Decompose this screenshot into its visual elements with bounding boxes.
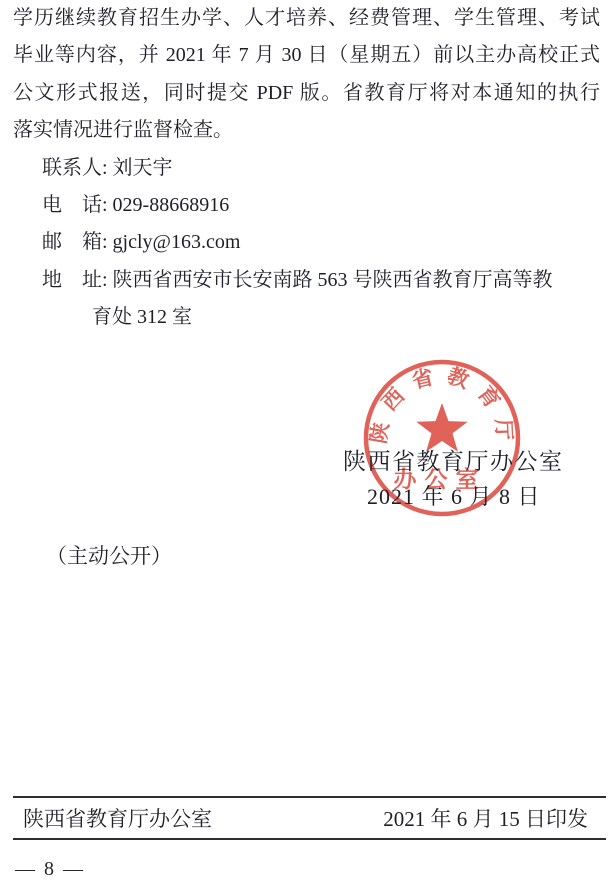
disclosure-note: （主动公开） bbox=[46, 540, 172, 570]
body-line: 学历继续教育招生办学、人才培养、经费管理、学生管理、考试 bbox=[13, 0, 600, 37]
signature-date: 2021 年 6 月 8 日 bbox=[367, 480, 541, 511]
contact-person: 联系人: 刘天宇 bbox=[13, 150, 600, 187]
document-page: 学历继续教育招生办学、人才培养、经费管理、学生管理、考试 毕业等内容，并 202… bbox=[0, 0, 614, 883]
contact-address-line2: 育处 312 室 bbox=[13, 299, 600, 336]
contact-address-line1: 地 址: 陕西省西安市长安南路 563 号陕西省教育厅高等教 bbox=[13, 262, 600, 299]
body-line: 公文形式报送，同时提交 PDF 版。省教育厅将对本通知的执行 bbox=[13, 75, 600, 112]
contact-phone: 电 话: 029-88668916 bbox=[13, 187, 600, 224]
body-text: 学历继续教育招生办学、人才培养、经费管理、学生管理、考试 毕业等内容，并 202… bbox=[13, 0, 600, 337]
contact-email: 邮 箱: gjcly@163.com bbox=[13, 224, 600, 261]
footer-print-date: 2021 年 6 月 15 日印发 bbox=[383, 803, 606, 833]
page-number: — 8 — bbox=[15, 858, 85, 881]
signature-issuer: 陕西省教育厅办公室 bbox=[343, 443, 564, 476]
footer-issuer: 陕西省教育厅办公室 bbox=[13, 803, 212, 833]
body-line: 落实情况进行监督检查。 bbox=[13, 112, 600, 149]
footer-block: 陕西省教育厅办公室 2021 年 6 月 15 日印发 bbox=[13, 796, 606, 840]
body-line: 毕业等内容，并 2021 年 7 月 30 日（星期五）前以主办高校正式 bbox=[13, 37, 600, 74]
footer-row: 陕西省教育厅办公室 2021 年 6 月 15 日印发 bbox=[13, 798, 606, 838]
